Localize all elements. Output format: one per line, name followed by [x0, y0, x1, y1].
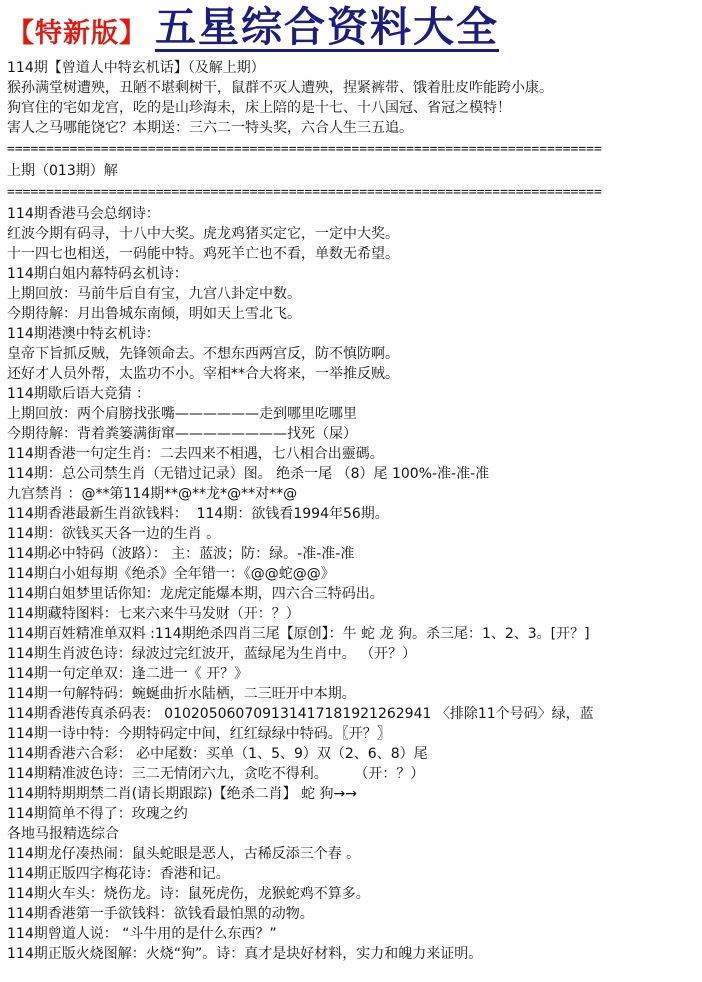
content-line: ========================================… [7, 184, 698, 201]
content-line: 114期简单不得了：玫瑰之约 [7, 804, 698, 824]
content-line: 114期火车头：烧伤龙。诗：鼠死虎伤，龙猴蛇鸡不算多。 [7, 884, 698, 904]
content-line: 红波今期有码寻，十八中大奖。虎龙鸡猪买定它，一定中大奖。 [7, 224, 698, 244]
content-line: 114期：总公司禁生肖（无错过记录）图。 绝杀一尾 （8）尾 100%-准-准-… [7, 464, 698, 484]
content-line: 114期藏特图料：七来六来牛马发财（开：？） [7, 604, 698, 624]
content-line: 害人之马哪能饶它？本期送：三六二一特头奖，六合人生三五追。 [7, 118, 698, 138]
content-line: 114期香港六合彩： 必中尾数：买单（1、5、9）双（2、6、8）尾 [7, 744, 698, 764]
content-line: 十一四七也相送，一码能中特。鸡死羊亡也不看，单数无希望。 [7, 244, 698, 264]
content-line: 114期一诗中特：今期特码定中间，红红绿绿中特码。〖开？〗 [7, 724, 698, 744]
content-line: 九宫禁肖 ：@**第114期**@**龙*@**对**@ [7, 484, 698, 504]
content-line: 114期龙仔凑热闹：鼠头蛇眼是恶人，古稀反添三个春 。 [7, 844, 698, 864]
content-line: 114期一句定单双：逢二进一《 开？》 [7, 664, 698, 684]
page: 【特新版】 五星综合资料大全 114期【曾道人中特玄机话】（及解上期）猴孙满堂树… [0, 0, 702, 982]
content-line: 114期香港马会总纲诗： [7, 204, 698, 224]
content-line: 114期白姐内幕特码玄机诗： [7, 264, 698, 284]
content-line: 今期待解：背着粪篓满街窜————————找死（屎） [7, 424, 698, 444]
content-line: ========================================… [7, 141, 698, 158]
content-line: 114期正版火烧图解：火烧“狗”。诗：真才是块好材料，实力和魄力来证明。 [7, 944, 698, 964]
content-line: 114期生肖波色诗：绿波过完红波开，蓝绿尾为生肖中。 （开？） [7, 644, 698, 664]
content-line: 还好才人员外帮，太监功不小。宰相**合大将来，一举推反贼。 [7, 364, 698, 384]
content-line: 114期必中特码（波路）： 主：蓝波；防：绿。-准-准-准 [7, 544, 698, 564]
content-line: 114期百姓精准单双料 :114期绝杀四肖三尾【原创】：牛 蛇 龙 狗。杀三尾：… [7, 624, 698, 644]
content-lines: 114期【曾道人中特玄机话】（及解上期）猴孙满堂树遭殃，丑陋不堪剩树干，鼠群不灭… [7, 58, 698, 964]
content-line: 今期待解：月出鲁城东南倾，明如天上雪北飞。 [7, 304, 698, 324]
content-line: 114期歇后语大竞猜 ： [7, 384, 698, 404]
content-line: 114期【曾道人中特玄机话】（及解上期） [7, 58, 698, 78]
content-line: 114期港澳中特玄机诗： [7, 324, 698, 344]
content-line: 114期白姐梦里话你知：龙虎定能爆本期，四六合三特码出。 [7, 584, 698, 604]
content-line: 上期回放：马前牛后自有宝，九宫八卦定中数。 [7, 284, 698, 304]
content-line: 114期白小姐每期《绝杀》全年错一：《@@蛇@@》 [7, 564, 698, 584]
content-line: 狗官住的宅如龙宫，吃的是山珍海未，床上陪的是十七、十八国冠、省冠之模特！ [7, 98, 698, 118]
content-line: 各地马报精选综合 [7, 824, 698, 844]
content-line: 114期香港一句定生肖：二去四来不相遇，七八相合出靈碼。 [7, 444, 698, 464]
content-line: 114期：欲钱买天各一边的生肖 。 [7, 524, 698, 544]
page-title[interactable]: 五星综合资料大全 [155, 6, 499, 52]
header: 【特新版】 五星综合资料大全 [7, 6, 698, 52]
content-line: 猴孙满堂树遭殃，丑陋不堪剩树干，鼠群不灭人遭殃，捏紧裤带、饿着肚皮咋能跨小康。 [7, 78, 698, 98]
content-line: 114期香港第一手欲钱料：欲钱看最怕黑的动物。 [7, 904, 698, 924]
content-line: 114期特期期禁二肖(请长期跟踪)【绝杀二肖】 蛇 狗→→ [7, 784, 698, 804]
content-line: 114期香港传真杀码表： 010205060709131417181921262… [7, 704, 698, 724]
edition-badge: 【特新版】 [7, 18, 147, 52]
content-line: 上期（013期）解 [7, 161, 698, 181]
content-line: 114期一句解特码：蜿蜒曲折水陆栖，二三旺开中本期。 [7, 684, 698, 704]
content-line: 114期香港最新生肖欲钱料： 114期：欲钱看1994年56期。 [7, 504, 698, 524]
content-line: 114期正版四字梅花诗：香港和记。 [7, 864, 698, 884]
content-line: 上期回放：两个肩膀找张嘴——————走到哪里吃哪里 [7, 404, 698, 424]
content-line: 114期曾道人说： “斗牛用的是什么东西？” [7, 924, 698, 944]
content-line: 114期精准波色诗：三二无情闭六九，贪吃不得利。 （开：？） [7, 764, 698, 784]
content-line: 皇帝下旨抓反贼，先锋领命去。不想东西两宫反，防不慎防啊。 [7, 344, 698, 364]
